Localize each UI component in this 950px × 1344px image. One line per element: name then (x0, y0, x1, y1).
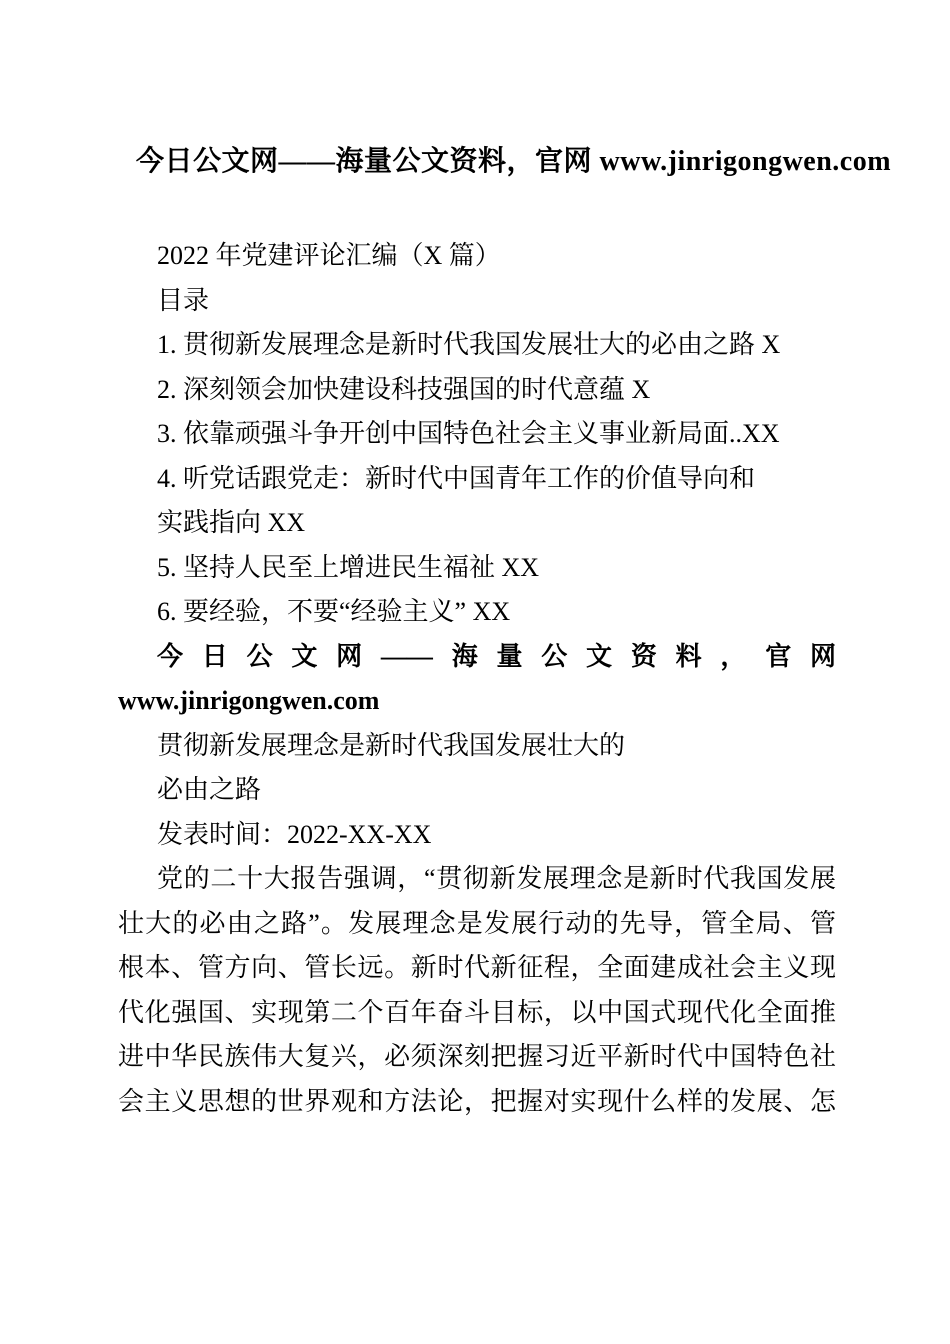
promo-line: 今日公文网——海量公文资料，官网 (118, 635, 836, 680)
toc-entry: 5. 坚持人民至上增进民生福祉 XX (118, 546, 836, 591)
body-line: 根本、管方向、管长远。新时代新征程，全面建成社会主义现 (118, 946, 836, 991)
article-title-line: 贯彻新发展理念是新时代我国发展壮大的 (118, 724, 836, 769)
body-line: 壮大的必由之路”。发展理念是发展行动的先导，管全局、管 (118, 902, 836, 947)
body-line: 代化强国、实现第二个百年奋斗目标，以中国式现代化全面推 (118, 991, 836, 1036)
toc-entry: 6. 要经验，不要“经验主义” XX (118, 590, 836, 635)
toc-entry: 1. 贯彻新发展理念是新时代我国发展壮大的必由之路 X (118, 323, 836, 368)
body-line: 党的二十大报告强调，“贯彻新发展理念是新时代我国发展 (118, 857, 836, 902)
promo-url: www.jinrigongwen.com (118, 679, 836, 724)
toc-heading: 目录 (118, 279, 836, 324)
document-body: 2022 年党建评论汇编（X 篇） 目录 1. 贯彻新发展理念是新时代我国发展壮… (118, 234, 836, 1124)
toc-entry: 2. 深刻领会加快建设科技强国的时代意蕴 X (118, 368, 836, 413)
body-line: 进中华民族伟大复兴，必须深刻把握习近平新时代中国特色社 (118, 1035, 836, 1080)
toc-entry: 4. 听党话跟党走：新时代中国青年工作的价值导向和 (118, 457, 836, 502)
toc-entry: 3. 依靠顽强斗争开创中国特色社会主义事业新局面..XX (118, 412, 836, 457)
toc-title: 2022 年党建评论汇编（X 篇） (118, 234, 836, 279)
page-header: 今日公文网——海量公文资料，官网 www.jinrigongwen.com (136, 142, 950, 182)
toc-entry-continuation: 实践指向 XX (118, 501, 836, 546)
document-page: 今日公文网——海量公文资料，官网 www.jinrigongwen.com 20… (0, 0, 950, 1344)
article-title-line: 必由之路 (118, 768, 836, 813)
article-publish-date: 发表时间：2022-XX-XX (118, 813, 836, 858)
body-line: 会主义思想的世界观和方法论，把握对实现什么样的发展、怎 (118, 1080, 836, 1125)
